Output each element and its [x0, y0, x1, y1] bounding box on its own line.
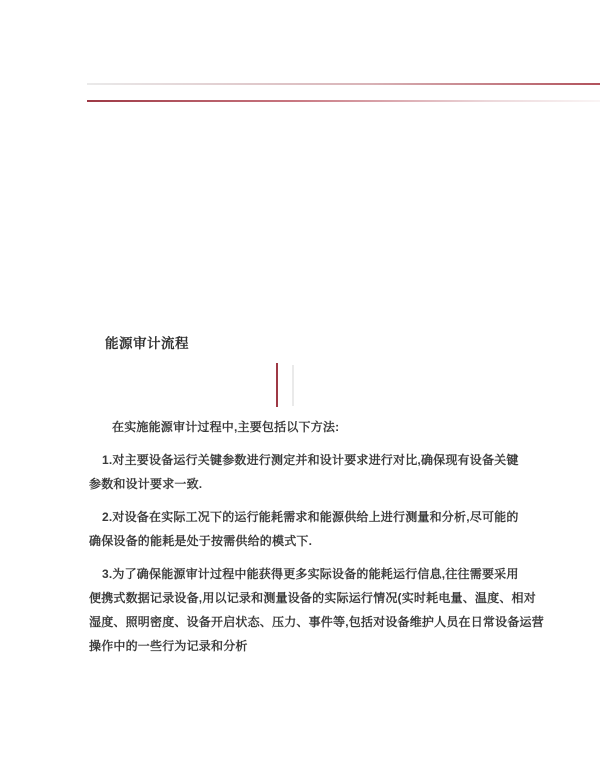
divider-red-line	[276, 363, 278, 407]
text-line: 操作中的一些行为记录和分析	[89, 634, 513, 658]
paragraph-method-1: 1.对主要设备运行关键参数进行测定并和设计要求进行对比,确保现有设备关键 参数和…	[89, 448, 513, 496]
text-line: 便携式数据记录设备,用以记录和测量设备的实际运行情况(实时耗电量、温度、相对	[89, 586, 513, 610]
document-body: 在实施能源审计过程中,主要包括以下方法: 1.对主要设备运行关键参数进行测定并和…	[89, 415, 513, 667]
text-line: 3.为了确保能源审计过程中能获得更多实际设备的能耗运行信息,往往需要采用	[89, 562, 513, 586]
text-line: 在实施能源审计过程中,主要包括以下方法:	[89, 415, 513, 439]
text-line: 湿度、照明密度、设备开启状态、压力、事件等,包括对设备维护人员在日常设备运营	[89, 610, 513, 634]
text-line: 参数和设计要求一致.	[89, 472, 513, 496]
header-rule-bottom	[87, 100, 600, 102]
text-line: 1.对主要设备运行关键参数进行测定并和设计要求进行对比,确保现有设备关键	[89, 448, 513, 472]
paragraph-method-3: 3.为了确保能源审计过程中能获得更多实际设备的能耗运行信息,往往需要采用 便携式…	[89, 562, 513, 658]
divider-gray-line	[292, 365, 294, 406]
document-page: 能源审计流程 在实施能源审计过程中,主要包括以下方法: 1.对主要设备运行关键参…	[0, 0, 600, 776]
header-rule-top	[87, 83, 600, 85]
paragraph-intro: 在实施能源审计过程中,主要包括以下方法:	[89, 415, 513, 439]
text-line: 确保设备的能耗是处于按需供给的模式下.	[89, 529, 513, 553]
text-line: 2.对设备在实际工况下的运行能耗需求和能源供给上进行测量和分析,尽可能的	[89, 505, 513, 529]
document-title: 能源审计流程	[89, 334, 189, 354]
paragraph-method-2: 2.对设备在实际工况下的运行能耗需求和能源供给上进行测量和分析,尽可能的 确保设…	[89, 505, 513, 553]
